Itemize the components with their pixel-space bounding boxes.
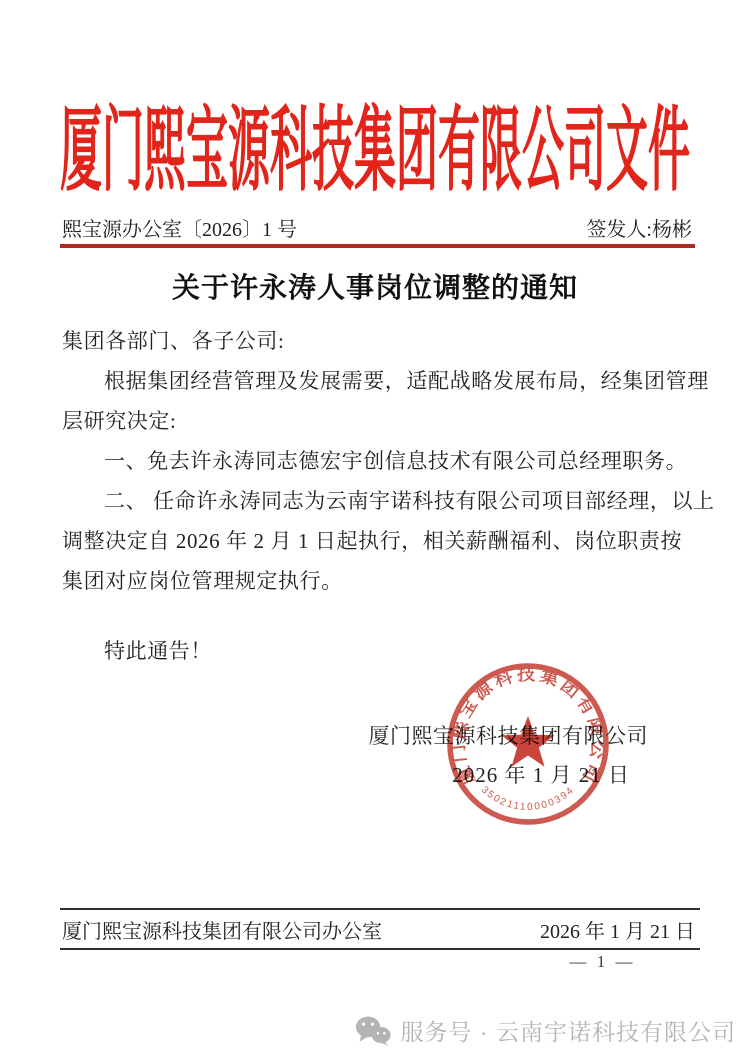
channel-label: 服务号 · 云南宇诺科技有限公司 bbox=[401, 1014, 736, 1047]
footer-office: 厦门熙宝源科技集团有限公司办公室 bbox=[62, 915, 382, 944]
channel-bar: 服务号 · 云南宇诺科技有限公司 bbox=[355, 1014, 736, 1047]
body-line: 二、 任命许永涛同志为云南宇诺科技有限公司项目部经理，以上 bbox=[62, 481, 694, 521]
body-line: 集团各部门、各子公司: bbox=[62, 321, 694, 361]
body-line: 一、免去许永涛同志德宏宇创信息技术有限公司总经理职务。 bbox=[62, 441, 694, 481]
body-line: 调整决定自 2026 年 2 月 1 日起执行，相关薪酬福利、岗位职责按 bbox=[62, 521, 694, 561]
document-number: 熙宝源办公室〔2026〕1 号 bbox=[62, 213, 297, 242]
footer-row: 厦门熙宝源科技集团有限公司办公室 2026 年 1 月 21 日 bbox=[62, 915, 695, 944]
footer-rule-top bbox=[60, 908, 700, 910]
body-line: 集团对应岗位管理规定执行。 bbox=[62, 561, 694, 601]
body-line: 根据集团经营管理及发展需要，适配战略发展布局，经集团管理 bbox=[62, 361, 694, 401]
document-number-row: 熙宝源办公室〔2026〕1 号 签发人:杨彬 bbox=[62, 213, 692, 242]
document-body: 集团各部门、各子公司: 根据集团经营管理及发展需要，适配战略发展布局，经集团管理… bbox=[62, 321, 694, 671]
company-seal: 厦门熙宝源科技集团有限公司 35021110000394 bbox=[433, 649, 623, 839]
footer-date: 2026 年 1 月 21 日 bbox=[540, 915, 695, 944]
issuer-name: 签发人:杨彬 bbox=[586, 213, 692, 242]
red-separator-rule bbox=[60, 244, 695, 248]
star-icon bbox=[501, 716, 554, 767]
official-document-page: 厦门熙宝源科技集团有限公司文件 熙宝源办公室〔2026〕1 号 签发人:杨彬 关… bbox=[0, 0, 750, 1060]
body-line: 层研究决定: bbox=[62, 401, 694, 441]
seal-serial-number: 35021110000394 bbox=[479, 784, 577, 813]
wechat-icon bbox=[355, 1015, 391, 1047]
svg-text:35021110000394: 35021110000394 bbox=[479, 784, 577, 813]
footer-rule-bottom bbox=[60, 948, 700, 950]
subject-title: 关于许永涛人事岗位调整的通知 bbox=[0, 266, 750, 306]
page-number: — 1 — bbox=[540, 952, 665, 972]
letterhead-title: 厦门熙宝源科技集团有限公司文件 bbox=[0, 100, 750, 201]
